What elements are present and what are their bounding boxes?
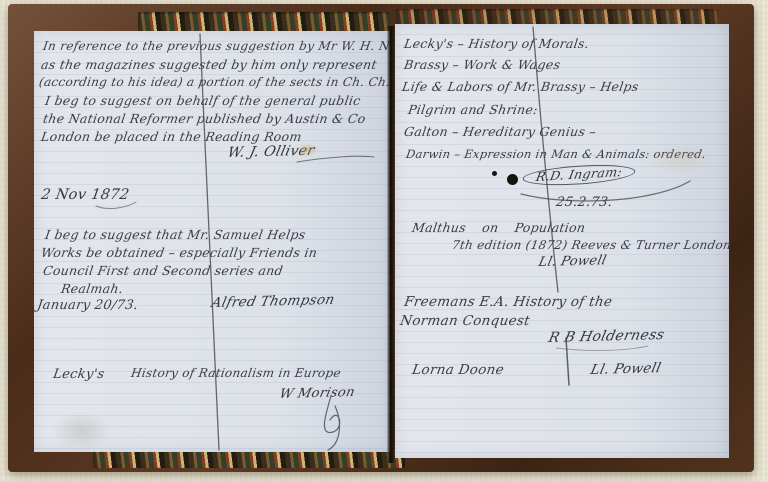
signature-olliver: W. J. Olliver: [226, 143, 316, 161]
signature-ingram-circled: R.D. Ingram:: [521, 164, 637, 186]
handwritten-line: London be placed in the Reading Room: [40, 129, 303, 144]
handwritten-line: Realmah.: [60, 281, 124, 296]
ink-blot-small: [492, 171, 497, 176]
handwritten-line: Malthus on Population: [411, 220, 587, 235]
handwritten-line: Works be obtained – especially Friends i…: [40, 245, 318, 260]
handwritten-line: as the magazines suggested by him only r…: [40, 57, 378, 72]
entry-date: 2 Nov 1872: [40, 187, 131, 203]
handwritten-line: Darwin – Expression in Man & Animals: or…: [405, 147, 707, 161]
photo-background: In reference to the previous suggestion …: [0, 0, 768, 482]
book-title: History of Rationalism in Europe: [130, 366, 342, 380]
handwritten-line: In reference to the previous suggestion …: [42, 39, 436, 53]
right-page: Lecky's – History of Morals. Brassy – Wo…: [395, 24, 729, 458]
paper-stain: [52, 411, 112, 451]
book-author: Lecky's: [52, 367, 106, 382]
handwritten-line: Pilgrim and Shrine:: [407, 102, 539, 117]
handwritten-line: I beg to suggest that Mr. Samuel Helps: [44, 227, 307, 242]
entry-date: January 20/73.: [36, 298, 139, 313]
signature-powell: Ll. Powell: [589, 360, 663, 378]
signature-morison: W Morison: [278, 385, 356, 402]
handwritten-line: I beg to suggest on behalf of the genera…: [44, 93, 362, 108]
handwritten-line: Life & Labors of Mr. Brassy – Helps: [401, 79, 640, 94]
handwritten-line: Galton – Hereditary Genius –: [403, 124, 597, 139]
book-gutter: [387, 26, 395, 463]
signature-circle: R.D. Ingram:: [521, 162, 637, 188]
handwritten-line: Council First and Second series and: [42, 263, 284, 278]
handwritten-line: Norman Conquest: [399, 313, 531, 329]
ink-blot-large: [507, 174, 518, 185]
book-title-lorna-doone: Lorna Doone: [411, 362, 505, 378]
approval-date: 25.2.73.: [555, 195, 614, 210]
marbled-page-edges-top-right: [396, 9, 718, 24]
handwritten-line: (according to his idea) a portion of the…: [38, 75, 391, 89]
signature-thompson: Alfred Thompson: [210, 292, 336, 311]
handwritten-line: Lecky's – History of Morals.: [403, 36, 590, 51]
handwritten-line: the National Reformer published by Austi…: [42, 111, 367, 126]
marbled-page-edges-top-left: [138, 12, 390, 32]
handwritten-line: Freemans E.A. History of the: [403, 294, 613, 310]
handwritten-line: Brassy – Work & Wages: [403, 57, 562, 72]
handwritten-line: 7th edition (1872) Reeves & Turner Londo…: [451, 238, 732, 252]
signature-holderness: R B Holderness: [547, 327, 666, 346]
left-page: In reference to the previous suggestion …: [34, 31, 390, 452]
signature-powell: Ll. Powell: [537, 253, 608, 270]
book-cover: In reference to the previous suggestion …: [8, 4, 754, 472]
